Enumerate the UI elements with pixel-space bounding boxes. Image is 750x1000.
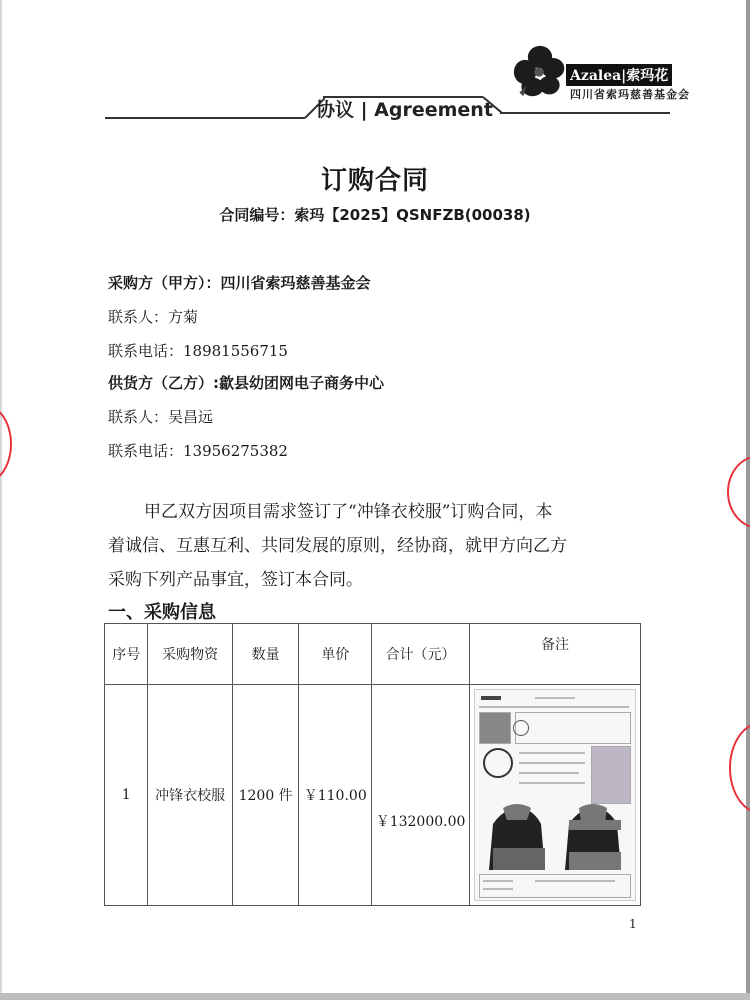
party-b-name: 供货方（乙方）:歙县幼团网电子商务中心 — [108, 372, 384, 393]
party-b-phone: 联系电话：13956275382 — [108, 440, 288, 461]
cell-remark — [469, 685, 640, 906]
table-header-row: 序号 采购物资 数量 单价 合计（元） 备注 — [105, 624, 641, 685]
column-header: 序号 — [105, 624, 148, 685]
party-b-contact: 联系人：吴昌远 — [108, 406, 213, 427]
header-rule — [500, 112, 670, 114]
column-header: 备注 — [469, 624, 640, 685]
column-header: 单价 — [299, 624, 372, 685]
paragraph-line: 采购下列产品事宜，签订本合同。 — [108, 563, 648, 597]
paragraph-line: 甲乙双方因项目需求签订了“冲锋衣校服”订购合同，本 — [108, 495, 648, 529]
seal-stamp — [727, 455, 750, 529]
cell-index: 1 — [105, 685, 148, 906]
column-header: 数量 — [232, 624, 298, 685]
seal-stamp — [729, 722, 750, 814]
table-row: 1 冲锋衣校服 1200 件 ￥110.00 ￥132000.00 — [105, 685, 641, 906]
section-heading: 一、采购信息 — [108, 598, 216, 624]
column-header: 合计（元） — [372, 624, 470, 685]
page-edge — [0, 993, 750, 1000]
party-a-contact: 联系人：方菊 — [108, 306, 198, 327]
logo-brand: Azalea|索玛花 — [566, 64, 672, 86]
page-number: 1 — [629, 917, 637, 931]
header-rule — [105, 117, 305, 119]
jacket-design-sheet-image — [474, 689, 636, 901]
page-edge — [0, 0, 2, 1000]
jacket-front-back-illustration — [479, 802, 629, 872]
cell-quantity: 1200 件 — [232, 685, 298, 906]
party-a-name: 采购方（甲方）：四川省索玛慈善基金会 — [108, 272, 371, 293]
cell-unit-price: ￥110.00 — [299, 685, 372, 906]
purchase-table: 序号 采购物资 数量 单价 合计（元） 备注 1 冲锋衣校服 1200 件 ￥1… — [104, 623, 641, 906]
foundation-logo: Azalea|索玛花 四川省索玛慈善基金会 — [510, 50, 680, 100]
intro-paragraph: 甲乙双方因项目需求签订了“冲锋衣校服”订购合同，本 着诚信、互惠互利、共同发展的… — [108, 495, 648, 597]
cell-total: ￥132000.00 — [372, 685, 470, 906]
cell-item: 冲锋衣校服 — [148, 685, 233, 906]
party-a-phone: 联系电话：18981556715 — [108, 340, 288, 361]
seal-stamp — [0, 405, 12, 483]
document-title: 订购合同 — [0, 160, 750, 197]
paragraph-line: 着诚信、互惠互利、共同发展的原则，经协商，就甲方向乙方 — [108, 529, 648, 563]
column-header: 采购物资 — [148, 624, 233, 685]
contract-number: 合同编号：索玛【2025】QSNFZB(00038) — [0, 204, 750, 225]
azalea-flower-icon — [512, 44, 568, 100]
section-label: 协议 | Agreement — [316, 95, 493, 122]
logo-org-name: 四川省索玛慈善基金会 — [570, 86, 690, 102]
